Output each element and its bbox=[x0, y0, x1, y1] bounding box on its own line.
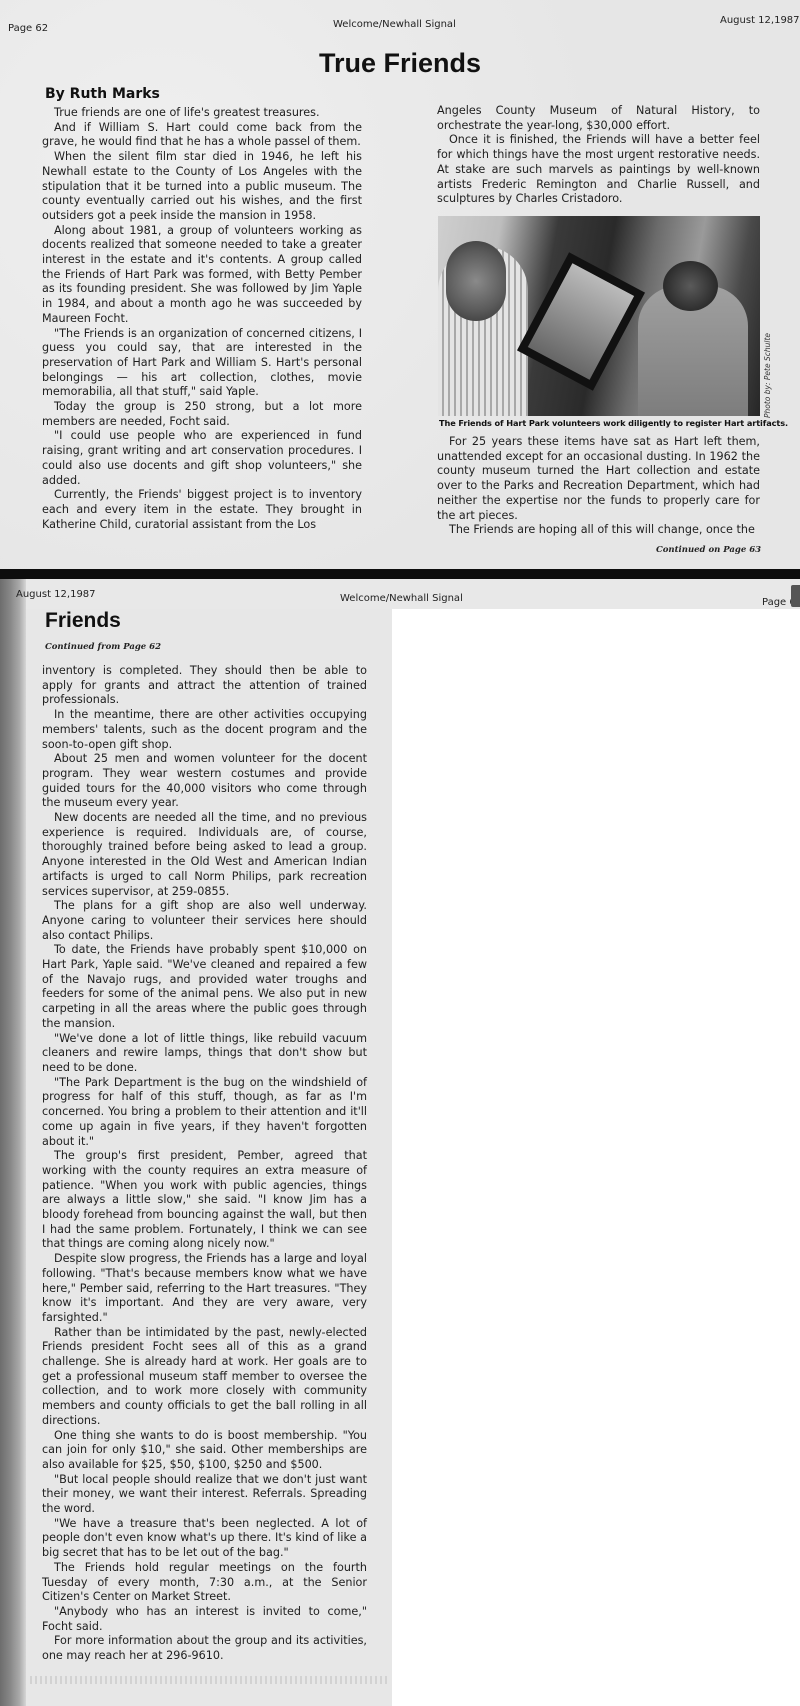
continued-on-note: Continued on Page 63 bbox=[656, 545, 761, 555]
paragraph: Along about 1981, a group of volunteers … bbox=[42, 224, 362, 327]
paragraph: Today the group is 250 strong, but a lot… bbox=[42, 400, 362, 429]
paragraph: The Friends hold regular meetings on the… bbox=[42, 1561, 367, 1605]
byline: By Ruth Marks bbox=[45, 86, 160, 102]
paragraph: inventory is completed. They should then… bbox=[42, 664, 367, 708]
continued-headline: Friends bbox=[45, 609, 121, 633]
scan-noise-strip bbox=[30, 1676, 390, 1684]
paragraph: "We've done a lot of little things, like… bbox=[42, 1032, 367, 1076]
paragraph: Angeles County Museum of Natural History… bbox=[437, 104, 760, 133]
paragraph: About 25 men and women volunteer for the… bbox=[42, 752, 367, 811]
paragraph: In the meantime, there are other activit… bbox=[42, 708, 367, 752]
photo-caption: The Friends of Hart Park volunteers work… bbox=[439, 418, 788, 428]
publication-name: Welcome/Newhall Signal bbox=[340, 593, 463, 604]
headline: True Friends bbox=[0, 48, 800, 79]
paragraph: "Anybody who has an interest is invited … bbox=[42, 1605, 367, 1634]
paragraph: And if William S. Hart could come back f… bbox=[42, 121, 362, 150]
paragraph: The plans for a gift shop are also well … bbox=[42, 899, 367, 943]
continued-from-note: Continued from Page 62 bbox=[45, 642, 161, 652]
paragraph: "I could use people who are experienced … bbox=[42, 429, 362, 488]
paragraph: Despite slow progress, the Friends has a… bbox=[42, 1252, 367, 1326]
paragraph: New docents are needed all the time, and… bbox=[42, 811, 367, 899]
paragraph: One thing she wants to do is boost membe… bbox=[42, 1429, 367, 1473]
right-column-bottom: For 25 years these items have sat as Har… bbox=[437, 435, 760, 538]
issue-date: August 12,1987 bbox=[16, 589, 96, 600]
publication-name: Welcome/Newhall Signal bbox=[333, 19, 456, 30]
paragraph: The group's first president, Pember, agr… bbox=[42, 1149, 367, 1252]
paragraph: "The Friends is an organization of conce… bbox=[42, 327, 362, 401]
left-column: True friends are one of life's greatest … bbox=[42, 106, 362, 532]
photo-credit: Photo by: Pete Schulte bbox=[763, 338, 772, 418]
page-edge-tab bbox=[791, 585, 800, 607]
paragraph: "But local people should realize that we… bbox=[42, 1473, 367, 1517]
paragraph: True friends are one of life's greatest … bbox=[42, 106, 362, 121]
photo-figure-right-head bbox=[663, 261, 718, 311]
paragraph: Rather than be intimidated by the past, … bbox=[42, 1326, 367, 1429]
paragraph: To date, the Friends have probably spent… bbox=[42, 943, 367, 1031]
continued-column: inventory is completed. They should then… bbox=[42, 664, 367, 1664]
photo-painting-frame bbox=[517, 252, 645, 390]
paragraph: Currently, the Friends' biggest project … bbox=[42, 488, 362, 532]
paragraph: When the silent film star died in 1946, … bbox=[42, 150, 362, 224]
photo-figure-left-head bbox=[446, 241, 506, 321]
scan-edge-shadow bbox=[0, 579, 26, 1706]
paragraph: For more information about the group and… bbox=[42, 1634, 367, 1663]
paragraph: Once it is finished, the Friends will ha… bbox=[437, 133, 760, 207]
page-number: Page 62 bbox=[8, 23, 48, 34]
issue-date: August 12,1987 bbox=[720, 15, 800, 26]
paragraph: For 25 years these items have sat as Har… bbox=[437, 435, 760, 523]
right-column-top: Angeles County Museum of Natural History… bbox=[437, 104, 760, 207]
paragraph: The Friends are hoping all of this will … bbox=[437, 523, 760, 538]
page-divider-rule bbox=[0, 569, 800, 579]
paragraph: "We have a treasure that's been neglecte… bbox=[42, 1517, 367, 1561]
paragraph: "The Park Department is the bug on the w… bbox=[42, 1076, 367, 1150]
volunteers-photo bbox=[438, 216, 760, 416]
